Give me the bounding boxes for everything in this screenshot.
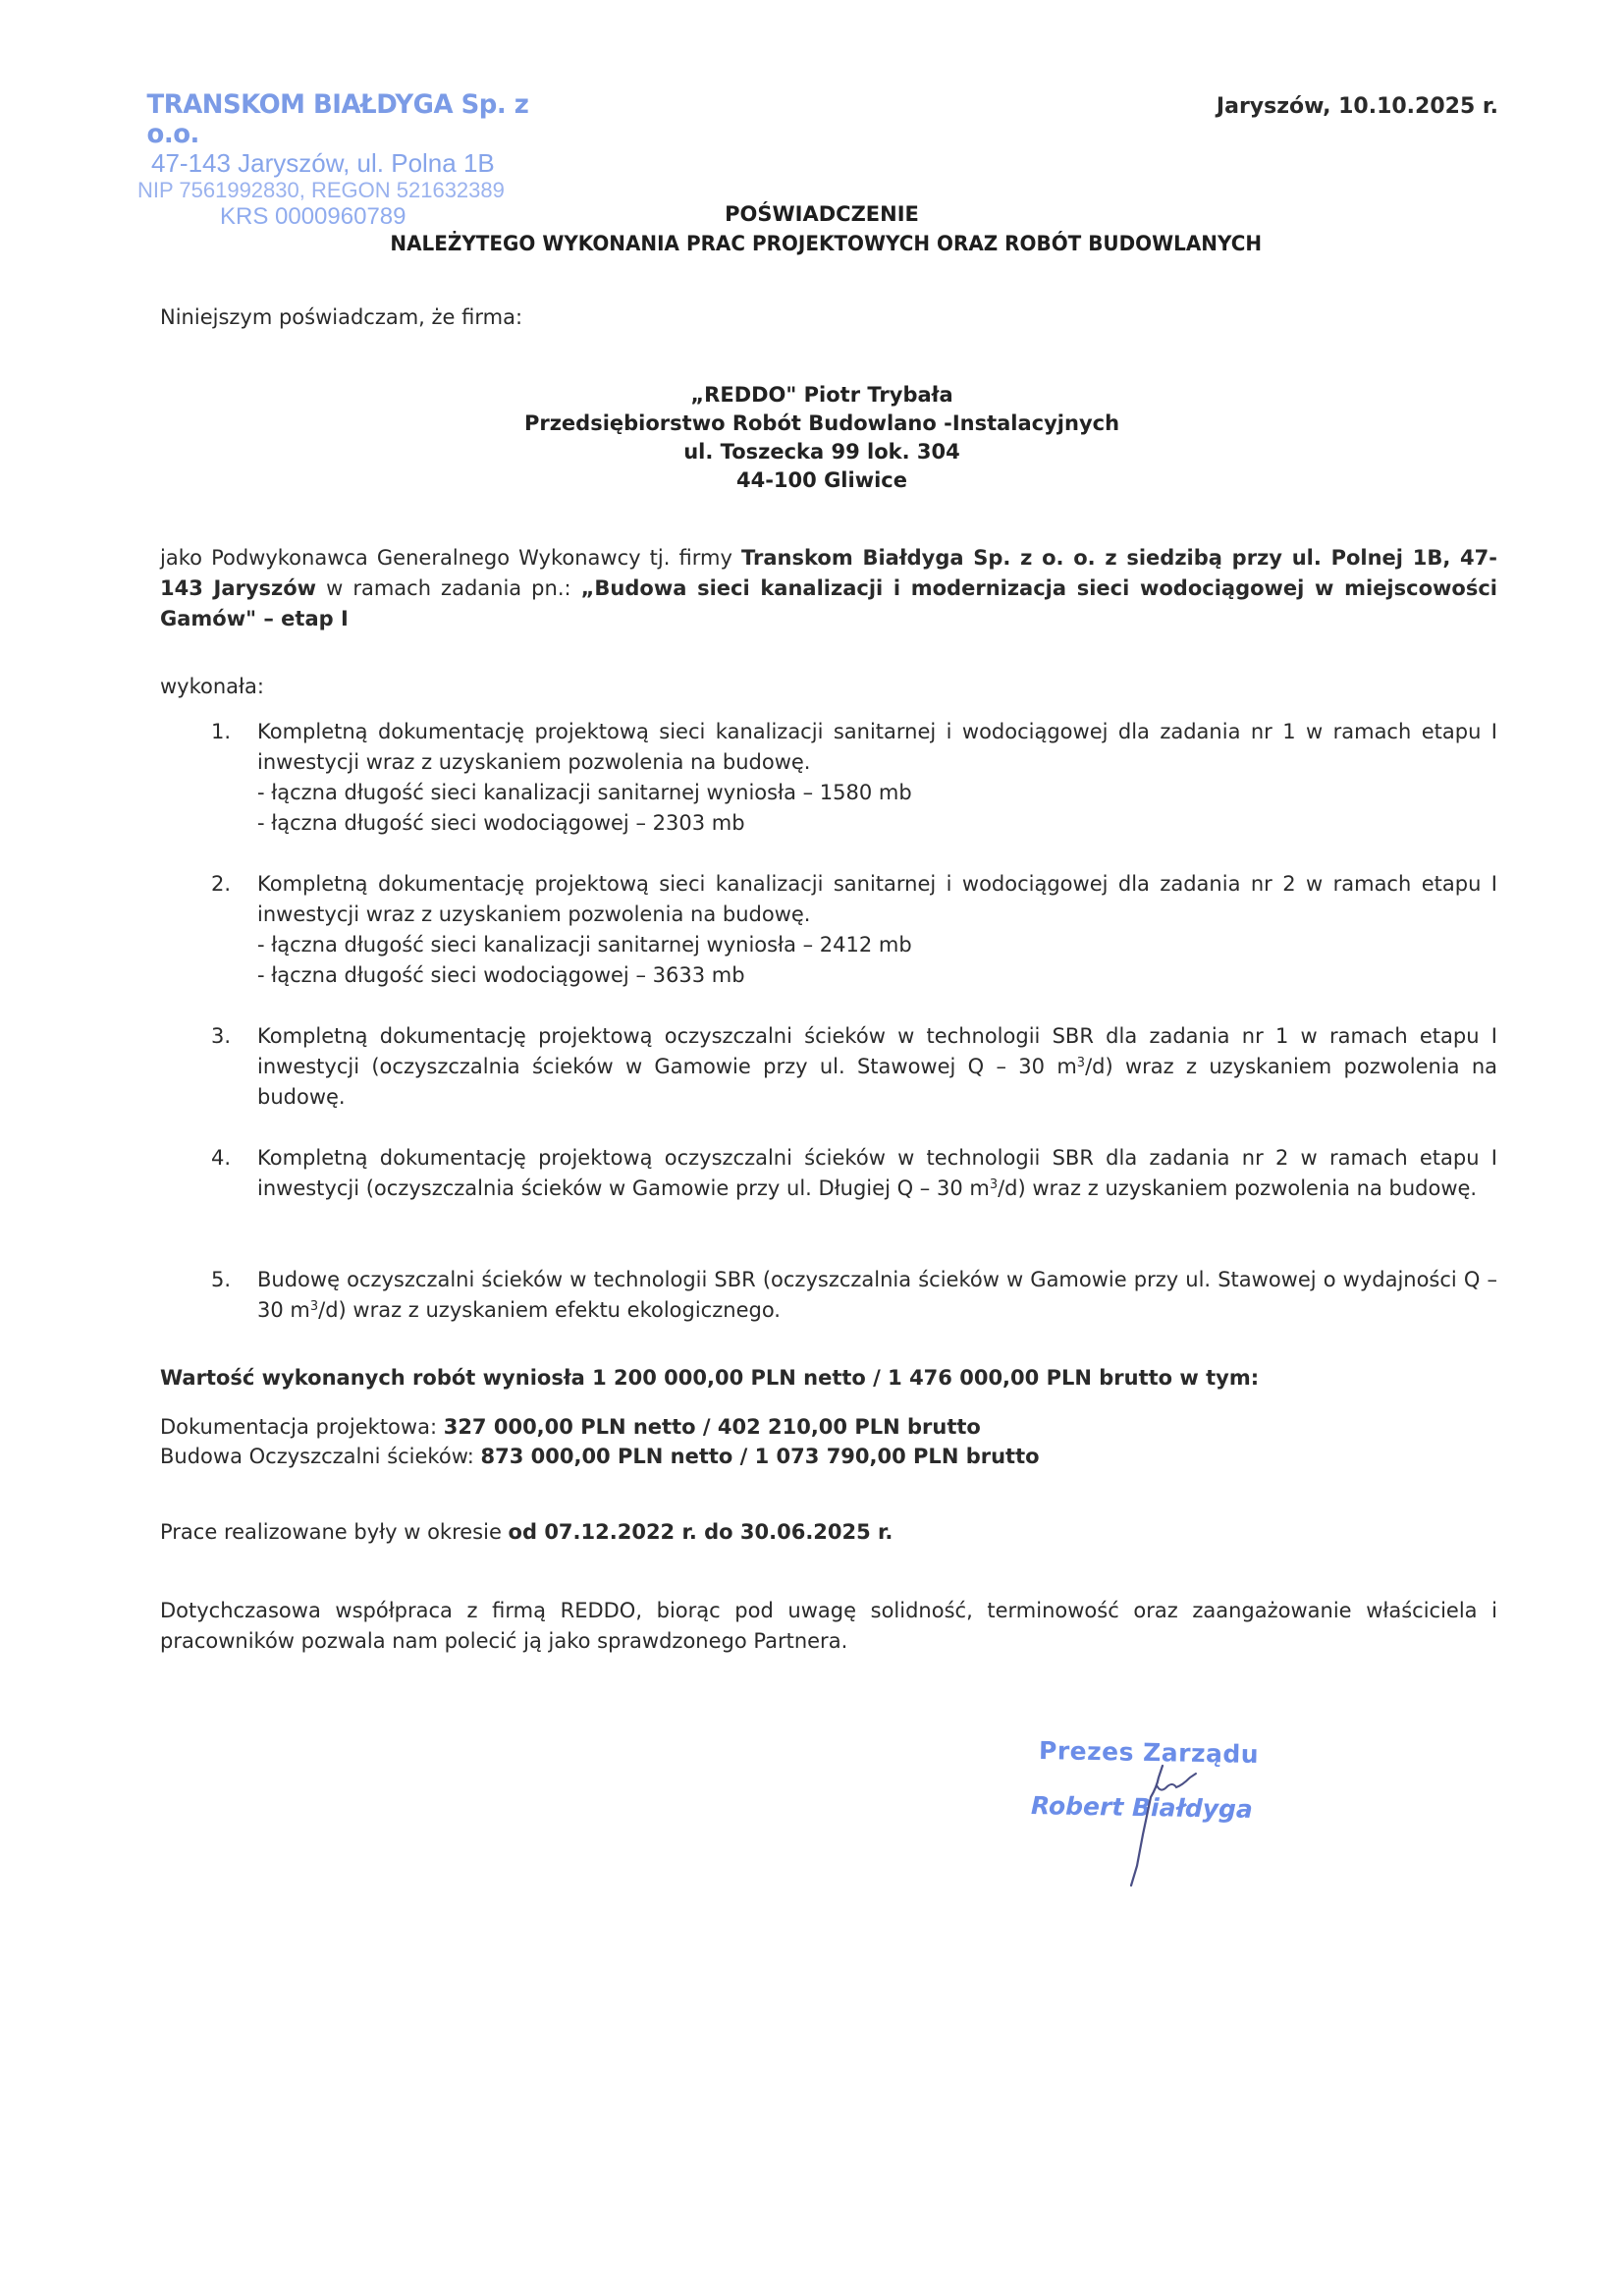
- breakdown-amount: 327 000,00 PLN netto / 402 210,00 PLN br…: [444, 1415, 981, 1439]
- work-item-detail: - łączna długość sieci kanalizacji sanit…: [257, 778, 1497, 808]
- work-period: Prace realizowane były w okresie od 07.1…: [160, 1517, 1497, 1548]
- signature-stamp: Prezes Zarządu Robert Białdyga: [1021, 1738, 1276, 1895]
- title-line-1: POŚWIADCZENIE: [0, 199, 1624, 229]
- title-line-2: NALEŻYTEGO WYKONANIA PRAC PROJEKTOWYCH O…: [40, 229, 1583, 258]
- period-range: od 07.12.2022 r. do 30.06.2025 r.: [509, 1520, 893, 1544]
- work-item-detail: - łączna długość sieci wodociągowej – 23…: [257, 808, 1497, 839]
- work-item-text: Kompletną dokumentację projektową sieci …: [257, 869, 1497, 930]
- superscript: 3: [310, 1299, 318, 1314]
- closing-paragraph: Dotychczasowa współpraca z firmą REDDO, …: [160, 1596, 1497, 1657]
- work-item-number: 2.: [211, 869, 231, 900]
- breakdown-label: Dokumentacja projektowa:: [160, 1415, 444, 1439]
- intro-text: Niniejszym poświadczam, że firma:: [160, 302, 1497, 333]
- breakdown-row: Dokumentacja projektowa: 327 000,00 PLN …: [160, 1412, 1497, 1442]
- contractor-street: ul. Toszecka 99 lok. 304: [0, 438, 1624, 466]
- document-date: Jaryszów, 10.10.2025 r.: [1217, 94, 1498, 119]
- context-part-1: jako Podwykonawca Generalnego Wykonawcy …: [160, 546, 741, 570]
- contractor-name: „REDDO" Piotr Trybała: [0, 381, 1624, 410]
- work-item: 4. Kompletną dokumentację projektową ocz…: [160, 1143, 1497, 1204]
- contractor-city: 44-100 Gliwice: [0, 466, 1624, 495]
- total-value: Wartość wykonanych robót wyniosła 1 200 …: [160, 1363, 1497, 1394]
- certificate-page: TRANSKOM BIAŁDYGA Sp. z o.o. 47-143 Jary…: [0, 0, 1624, 2296]
- contractor-description: Przedsiębiorstwo Robót Budowlano -Instal…: [0, 410, 1624, 438]
- work-item-number: 5.: [211, 1265, 231, 1295]
- context-part-2: w ramach zadania pn.:: [316, 576, 581, 600]
- work-item-text-after: /d) wraz z uzyskaniem pozwolenia na budo…: [998, 1176, 1477, 1200]
- stamp-address: 47-143 Jaryszów, ul. Polna 1B: [151, 149, 548, 178]
- work-item-text: Kompletną dokumentację projektową oczysz…: [257, 1021, 1497, 1113]
- breakdown-label: Budowa Oczyszczalni ścieków:: [160, 1445, 480, 1468]
- period-label: Prace realizowane były w okresie: [160, 1520, 509, 1544]
- work-item-detail: - łączna długość sieci kanalizacji sanit…: [257, 930, 1497, 960]
- work-item-number: 4.: [211, 1143, 231, 1174]
- work-item: 1. Kompletną dokumentację projektową sie…: [160, 717, 1497, 839]
- work-item-detail: - łączna długość sieci wodociągowej – 36…: [257, 960, 1497, 991]
- work-item-text-after: /d) wraz z uzyskaniem efektu ekologiczne…: [318, 1298, 781, 1322]
- superscript: 3: [1077, 1056, 1085, 1070]
- work-item: 2. Kompletną dokumentację projektową sie…: [160, 869, 1497, 991]
- work-item: 3. Kompletną dokumentację projektową ocz…: [160, 1021, 1497, 1113]
- performed-label: wykonała:: [160, 672, 1497, 702]
- breakdown-row: Budowa Oczyszczalni ścieków: 873 000,00 …: [160, 1442, 1497, 1471]
- work-item-number: 1.: [211, 717, 231, 747]
- work-item-text: Kompletną dokumentację projektową oczysz…: [257, 1143, 1497, 1204]
- work-item-text: Budowę oczyszczalni ścieków w technologi…: [257, 1265, 1497, 1326]
- value-breakdown: Dokumentacja projektowa: 327 000,00 PLN …: [160, 1412, 1497, 1471]
- superscript: 3: [990, 1177, 998, 1192]
- contractor-block: „REDDO" Piotr Trybała Przedsiębiorstwo R…: [0, 381, 1624, 495]
- stamp-company-name: TRANSKOM BIAŁDYGA Sp. z o.o.: [135, 90, 531, 149]
- context-paragraph: jako Podwykonawca Generalnego Wykonawcy …: [160, 543, 1497, 634]
- work-item-text: Kompletną dokumentację projektową sieci …: [257, 717, 1497, 778]
- document-title: POŚWIADCZENIE NALEŻYTEGO WYKONANIA PRAC …: [0, 199, 1624, 258]
- work-item-number: 3.: [211, 1021, 231, 1052]
- work-item: 5. Budowę oczyszczalni ścieków w technol…: [160, 1265, 1497, 1326]
- handwritten-signature-icon: [1021, 1738, 1276, 1895]
- breakdown-amount: 873 000,00 PLN netto / 1 073 790,00 PLN …: [480, 1445, 1039, 1468]
